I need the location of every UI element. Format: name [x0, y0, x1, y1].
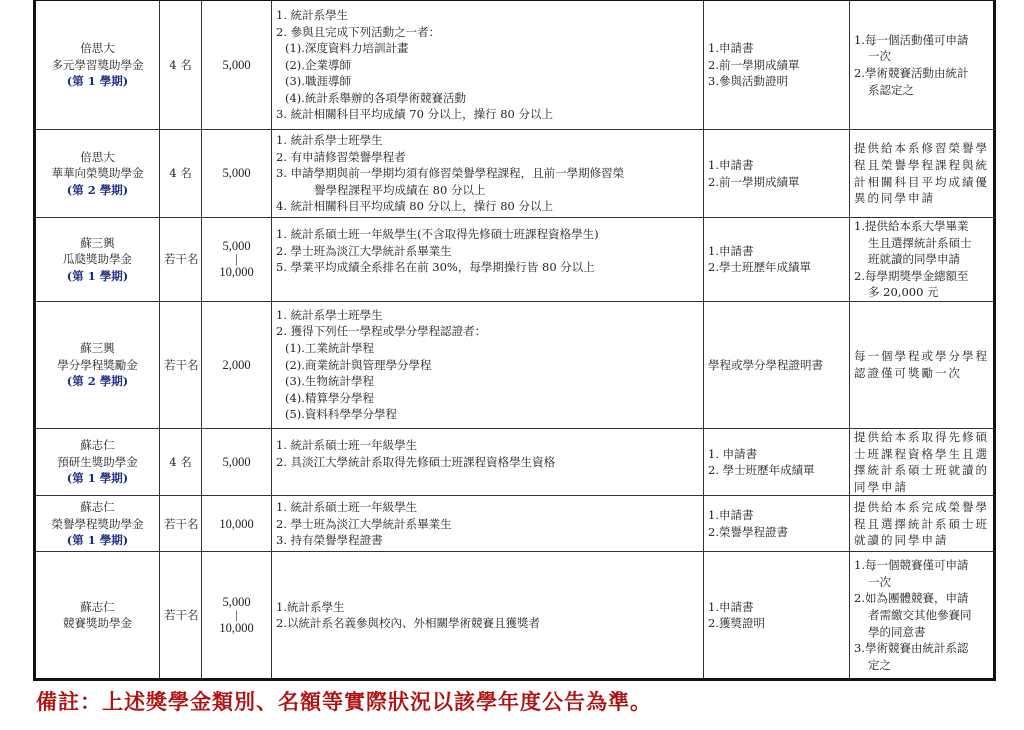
requirements-cell: 1. 統計系學士班學生2. 有申請修習榮譽學程者3. 申請學期與前一學期均須有修…	[272, 130, 704, 218]
note-item: 定之	[854, 657, 989, 674]
table-row: 倍思大多元學習獎助學金(第 1 學期)4 名5,0001. 統計系學生2. 參與…	[35, 0, 995, 130]
requirements-cell: 1. 統計系學士班學生2. 獲得下列任一學程或學分學程認證者：(1).工業統計學…	[272, 301, 704, 428]
semester-label: (第 2 學期)	[40, 373, 155, 390]
scholarship-name: 華華向榮獎助學金	[40, 165, 155, 182]
scholarship-name: 學分學程獎勵金	[40, 357, 155, 374]
requirement-item: (2).企業導師	[276, 57, 699, 74]
semester-label: (第 2 學期)	[40, 182, 155, 199]
requirement-item	[276, 276, 699, 293]
note-item: 1.每一個活動僅可申請	[854, 32, 989, 49]
table-row: 蘇三興瓜瓞獎助學金(第 1 學期)若干名5,000|10,0001. 統計系碩士…	[35, 218, 995, 302]
note-item: 多 20,000 元	[854, 284, 989, 301]
table-row: 蘇三興學分學程獎勵金(第 2 學期)若干名2,0001. 統計系學士班學生2. …	[35, 301, 995, 428]
notes-cell: 提供給本系取得先修碩士班課程資格學生且選擇統計系碩士班就讀的同學申請	[850, 428, 995, 495]
requirements-cell: 1.統計系學生2.以統計系名義參與校內、外相關學術競賽且獲獎者	[272, 552, 704, 680]
note-item: 一次	[854, 574, 989, 591]
amount-cell: 10,000	[202, 496, 272, 552]
donor-name: 蘇三興	[40, 340, 155, 357]
amount-cell: 5,000|10,000	[202, 218, 272, 302]
requirement-item: (3).職涯導師	[276, 73, 699, 90]
requirement-item: 2. 獲得下列任一學程或學分學程認證者：	[276, 323, 699, 340]
note-item: 一次	[854, 48, 989, 65]
requirement-item: (5).資料科學學分學程	[276, 406, 699, 423]
note-item: 2.如為團體競賽，申請	[854, 590, 989, 607]
amount-value: 5,000	[206, 57, 267, 74]
requirements-cell: 1. 統計系碩士班一年級學生2. 學士班為淡江大學統計系畢業生3. 持有榮譽學程…	[272, 496, 704, 552]
documents-cell: 學程或學分學程證明書	[704, 301, 850, 428]
table-row: 蘇志仁競賽獎助學金若干名5,000|10,0001.統計系學生2.以統計系名義參…	[35, 552, 995, 680]
quota-cell: 4 名	[160, 428, 202, 495]
documents-cell: 1.申請書2.學士班歷年成績單	[704, 218, 850, 302]
note-item: 提供給本系完成榮譽學程且選擇統計系碩士班就讀的同學申請	[854, 499, 989, 549]
amount-value: 5,000	[206, 165, 267, 182]
note-item: 2.每學期獎學金總額至	[854, 268, 989, 285]
requirement-item: 1. 統計系學士班學生	[276, 132, 699, 149]
document-item: 1.申請書	[708, 243, 845, 260]
requirement-item: (4).統計系舉辦的各項學術競賽活動	[276, 90, 699, 107]
requirement-item: 3. 申請學期與前一學期均須有修習榮譽學程課程，且前一學期修習榮	[276, 165, 699, 182]
scholarship-name-cell: 蘇三興學分學程獎勵金(第 2 學期)	[35, 301, 160, 428]
table-row: 倍思大華華向榮獎助學金(第 2 學期)4 名5,0001. 統計系學士班學生2.…	[35, 130, 995, 218]
requirement-item: 2. 學士班為淡江大學統計系畢業生	[276, 243, 699, 260]
requirement-item: 1. 統計系碩士班一年級學生(不含取得先修碩士班課程資格學生)	[276, 226, 699, 243]
requirement-item: 2. 參與且完成下列活動之一者：	[276, 24, 699, 41]
note-item: 提供給本系修習榮譽學程且榮譽學程課程與統計相關科目平均成績優異的同學申請	[854, 140, 989, 206]
scholarship-name: 預研生獎助學金	[40, 454, 155, 471]
semester-label: (第 1 學期)	[40, 268, 155, 285]
notes-cell: 提供給本系修習榮譽學程且榮譽學程課程與統計相關科目平均成績優異的同學申請	[850, 130, 995, 218]
scholarship-name-cell: 蘇三興瓜瓞獎助學金(第 1 學期)	[35, 218, 160, 302]
requirement-item: 5. 學業平均成績全系排名在前 30%，每學期操行皆 80 分以上	[276, 259, 699, 276]
requirement-item: 2. 具淡江大學統計系取得先修碩士班課程資格學生資格	[276, 454, 699, 471]
document-item: 1.申請書	[708, 40, 845, 57]
note-item: 1.每一個競賽僅可申請	[854, 557, 989, 574]
quota-cell: 若干名	[160, 496, 202, 552]
document-item: 1. 申請書	[708, 446, 845, 463]
semester-label: (第 1 學期)	[40, 73, 155, 90]
document-item: 2.前一學期成績單	[708, 57, 845, 74]
notes-cell: 1.提供給本系大學畢業生且選擇統計系碩士班就讀的同學申請2.每學期獎學金總額至多…	[850, 218, 995, 302]
amount-cell: 5,000	[202, 428, 272, 495]
quota-cell: 4 名	[160, 0, 202, 130]
requirements-cell: 1. 統計系學生2. 參與且完成下列活動之一者：(1).深度資料力培訓計畫(2)…	[272, 0, 704, 130]
amount-value: 5,000	[206, 454, 267, 471]
scholarship-name: 競賽獎助學金	[40, 615, 155, 632]
note-item: 每一個學程或學分學程認證僅可獎勵一次	[854, 348, 989, 381]
requirement-item: (2).商業統計與管理學分學程	[276, 357, 699, 374]
document-item: 3.參與活動證明	[708, 73, 845, 90]
document-item: 學程或學分學程證明書	[708, 357, 845, 374]
note-item: 班就讀的同學申請	[854, 251, 989, 268]
requirement-item: 1.統計系學生	[276, 599, 699, 616]
note-item: 提供給本系取得先修碩士班課程資格學生且選擇統計系碩士班就讀的同學申請	[854, 429, 989, 495]
semester-label: (第 1 學期)	[40, 532, 155, 549]
notes-cell: 提供給本系完成榮譽學程且選擇統計系碩士班就讀的同學申請	[850, 496, 995, 552]
scholarship-table-body: 倍思大多元學習獎助學金(第 1 學期)4 名5,0001. 統計系學生2. 參與…	[35, 0, 995, 680]
amount-cell: 5,000	[202, 130, 272, 218]
requirement-item: 1. 統計系碩士班一年級學生	[276, 499, 699, 516]
requirement-item: 2. 有申請修習榮譽學程者	[276, 149, 699, 166]
requirement-item	[276, 470, 699, 487]
scholarship-name: 瓜瓞獎助學金	[40, 251, 155, 268]
documents-cell: 1.申請書2.獲獎證明	[704, 552, 850, 680]
requirement-item: 1. 統計系碩士班一年級學生	[276, 437, 699, 454]
amount-value: 2,000	[206, 357, 267, 374]
requirement-item: 譽學程課程平均成績在 80 分以上	[276, 182, 699, 199]
requirement-item: 4. 統計相關科目平均成績 80 分以上，操行 80 分以上	[276, 198, 699, 215]
document-item: 2. 學士班歷年成績單	[708, 462, 845, 479]
amount-value: 10,000	[206, 516, 267, 533]
requirement-item: 1. 統計系學士班學生	[276, 307, 699, 324]
note-item: 1.提供給本系大學畢業	[854, 218, 989, 235]
quota-cell: 4 名	[160, 130, 202, 218]
scholarship-name-cell: 倍思大多元學習獎助學金(第 1 學期)	[35, 0, 160, 130]
scholarship-name-cell: 蘇志仁預研生獎助學金(第 1 學期)	[35, 428, 160, 495]
requirement-item: 3. 統計相關科目平均成績 70 分以上，操行 80 分以上	[276, 106, 699, 123]
quota-cell: 若干名	[160, 218, 202, 302]
note-item: 生且選擇統計系碩士	[854, 235, 989, 252]
semester-label: (第 1 學期)	[40, 470, 155, 487]
amount-value: 10,000	[206, 620, 267, 637]
note-item: 3.學術競賽由統計系認	[854, 640, 989, 657]
document-item: 1.申請書	[708, 599, 845, 616]
note-item: 系認定之	[854, 82, 989, 99]
documents-cell: 1.申請書2.前一學期成績單3.參與活動證明	[704, 0, 850, 130]
documents-cell: 1.申請書2.前一學期成績單	[704, 130, 850, 218]
document-item: 2.獲獎證明	[708, 615, 845, 632]
requirement-item: 2.以統計系名義參與校內、外相關學術競賽且獲獎者	[276, 615, 699, 632]
note-item: 2.學術競賽活動由統計	[854, 65, 989, 82]
scholarship-table: 倍思大多元學習獎助學金(第 1 學期)4 名5,0001. 統計系學生2. 參與…	[33, 0, 996, 681]
note-item: 者需繳交其他參賽同	[854, 607, 989, 624]
footnote: 備註：上述獎學金類別、名額等實際狀況以該學年度公告為準。	[36, 686, 652, 716]
document-item: 2.前一學期成績單	[708, 174, 845, 191]
scholarship-name-cell: 蘇志仁競賽獎助學金	[35, 552, 160, 680]
requirements-cell: 1. 統計系碩士班一年級學生2. 具淡江大學統計系取得先修碩士班課程資格學生資格	[272, 428, 704, 495]
range-separator: |	[206, 254, 267, 264]
donor-name: 倍思大	[40, 40, 155, 57]
amount-cell: 5,000	[202, 0, 272, 130]
document-item: 1.申請書	[708, 507, 845, 524]
table-row: 蘇志仁榮譽學程獎助學金(第 1 學期)若干名10,0001. 統計系碩士班一年級…	[35, 496, 995, 552]
documents-cell: 1.申請書2.榮譽學程證書	[704, 496, 850, 552]
scholarship-name-cell: 蘇志仁榮譽學程獎助學金(第 1 學期)	[35, 496, 160, 552]
donor-name: 蘇志仁	[40, 437, 155, 454]
scholarship-name: 榮譽學程獎助學金	[40, 516, 155, 533]
donor-name: 倍思大	[40, 149, 155, 166]
requirement-item: 1. 統計系學生	[276, 7, 699, 24]
requirement-item: 2. 學士班為淡江大學統計系畢業生	[276, 516, 699, 533]
range-separator: |	[206, 610, 267, 620]
document-item: 1.申請書	[708, 157, 845, 174]
amount-value: 10,000	[206, 264, 267, 281]
notes-cell: 1.每一個活動僅可申請一次2.學術競賽活動由統計系認定之	[850, 0, 995, 130]
donor-name: 蘇志仁	[40, 599, 155, 616]
requirement-item: (4).精算學分學程	[276, 390, 699, 407]
requirements-cell: 1. 統計系碩士班一年級學生(不含取得先修碩士班課程資格學生)2. 學士班為淡江…	[272, 218, 704, 302]
scholarship-name: 多元學習獎助學金	[40, 57, 155, 74]
quota-cell: 若干名	[160, 552, 202, 680]
requirement-item: (1).深度資料力培訓計畫	[276, 40, 699, 57]
amount-cell: 2,000	[202, 301, 272, 428]
notes-cell: 每一個學程或學分學程認證僅可獎勵一次	[850, 301, 995, 428]
document-item: 2.榮譽學程證書	[708, 524, 845, 541]
donor-name: 蘇志仁	[40, 499, 155, 516]
documents-cell: 1. 申請書2. 學士班歷年成績單	[704, 428, 850, 495]
donor-name: 蘇三興	[40, 235, 155, 252]
note-item: 學的同意書	[854, 624, 989, 641]
requirement-item: (3).生物統計學程	[276, 373, 699, 390]
scholarship-name-cell: 倍思大華華向榮獎助學金(第 2 學期)	[35, 130, 160, 218]
requirement-item: 3. 持有榮譽學程證書	[276, 532, 699, 549]
requirement-item: (1).工業統計學程	[276, 340, 699, 357]
quota-cell: 若干名	[160, 301, 202, 428]
notes-cell: 1.每一個競賽僅可申請一次2.如為團體競賽，申請者需繳交其他參賽同學的同意書3.…	[850, 552, 995, 680]
amount-cell: 5,000|10,000	[202, 552, 272, 680]
document-item: 2.學士班歷年成績單	[708, 259, 845, 276]
table-row: 蘇志仁預研生獎助學金(第 1 學期)4 名5,0001. 統計系碩士班一年級學生…	[35, 428, 995, 495]
